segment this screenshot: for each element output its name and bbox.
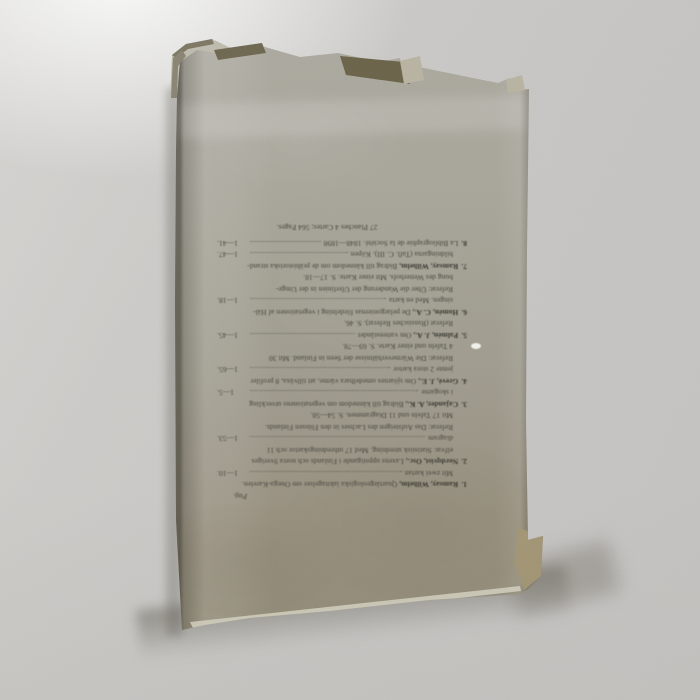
toc-page-column-header: Pag. bbox=[187, 491, 467, 503]
toc-page-number: 1—5. bbox=[217, 387, 247, 399]
toc-title-text: singen. Med en karta bbox=[389, 295, 453, 307]
toc-line: 4 Tafeln und einer Karte. S. 69—78. bbox=[187, 341, 467, 353]
toc-author: Palmén, J. A., bbox=[413, 330, 458, 342]
toc-lines: 1.Ramsay, Wilhelm,Quartärgeologiska iakt… bbox=[187, 238, 467, 491]
toc-title-text: i skogarne bbox=[421, 387, 453, 399]
toc-line: singen. Med en karta1—18. bbox=[187, 295, 467, 307]
toc-title-text: Bidrag till kännedom om vegetationens ut… bbox=[249, 399, 403, 411]
toc-leader-dots bbox=[250, 253, 348, 254]
toc-title-text: Om vattenståndet bbox=[358, 330, 412, 342]
toc-entry-number: 6. bbox=[461, 307, 467, 319]
toc-entry-number: 8. bbox=[461, 238, 467, 250]
toc-line: i skogarne1—5. bbox=[187, 387, 467, 399]
toc-line: Referat: Über die Wanderung der Uferlini… bbox=[187, 284, 467, 296]
toc-line: 5.Palmén, J. A.,Om vattenståndet1—45. bbox=[187, 330, 467, 342]
toc-page-number: 1—65. bbox=[217, 364, 247, 376]
toc-title-text: Referat (Russisches Referat). S. 46. bbox=[344, 318, 453, 330]
toc-title-text: De pelargoniernas fördelning i vegetatio… bbox=[253, 307, 411, 319]
toc-line: 4.Grevé, J. E.,Om sjöarnes omedelbara vä… bbox=[187, 376, 467, 388]
toc-line: elfvar. Statistisk utredning. Med 17 utb… bbox=[187, 445, 467, 457]
toc-entry-number: 3. bbox=[461, 399, 467, 411]
toc-leader-dots bbox=[250, 437, 425, 438]
toc-entry-number: 2. bbox=[461, 456, 467, 468]
toc-page-number: 1—53. bbox=[217, 433, 247, 445]
toc-title-text: Mit 17 Tafeln und 11 Diagrammen. S. 54—5… bbox=[311, 410, 453, 422]
toc-line: Referat: Das Aufsteigen des Lachses in d… bbox=[187, 422, 467, 434]
toc-line: 3.Cajander, A. K.,Bidrag till kännedom o… bbox=[187, 399, 467, 411]
toc-entry-number: 1. bbox=[461, 479, 467, 491]
toc-summary-line: 27 Planches 4 Cartes; 564 Pages. bbox=[187, 222, 467, 234]
toc-title-text: Quartärgeologiska iakttagelser om Onega-… bbox=[242, 479, 397, 491]
toc-title-text: Referat: Das Aufsteigen des Lachses in d… bbox=[265, 422, 453, 434]
toc-line: 6.Homén, C. A.,De pelargoniernas fördeln… bbox=[187, 307, 467, 319]
toc-line: Mit zwei kartan1—10. bbox=[187, 468, 467, 480]
toc-leader-dots bbox=[250, 471, 402, 472]
toc-line: bildningarna (Tafl. C. III). Köpen1—47. bbox=[187, 249, 467, 261]
toc-line: Mit 17 Tafeln und 11 Diagrammen. S. 54—5… bbox=[187, 410, 467, 422]
toc-author: Nordqvist, Osc., bbox=[406, 456, 459, 468]
toc-entry-number: 4. bbox=[461, 376, 467, 388]
toc-title-text: elfvar. Statistisk utredning. Med 17 utb… bbox=[267, 445, 453, 457]
white-speck bbox=[471, 343, 481, 349]
toc-title-text: La Bibliographie de la Société. 1848—189… bbox=[324, 238, 459, 250]
toc-title-text: Laxens uppstigande i Finlands och norra … bbox=[252, 456, 404, 468]
toc-title-text: bung des Wetterhofs. Mit einer Karte. S.… bbox=[303, 272, 453, 284]
toc-line: 7.Ramsay, Wilhelm,Bidrag till kännedom o… bbox=[187, 261, 467, 273]
toc-leader-dots bbox=[250, 368, 390, 369]
toc-leader-dots bbox=[250, 391, 418, 392]
toc-title-text: Bidrag till kännedom om de prähistoriska… bbox=[247, 261, 397, 273]
toc-page-number: 1—45. bbox=[217, 330, 247, 342]
toc-page-number: 1—47. bbox=[217, 249, 247, 261]
toc-author: Homén, C. A., bbox=[413, 307, 459, 319]
toc-title-text: Mit zwei kartan bbox=[405, 468, 453, 480]
toc-leader-dots bbox=[250, 241, 321, 242]
toc-line: 2.Nordqvist, Osc.,Laxens uppstigande i F… bbox=[187, 456, 467, 468]
toc-title-text: diagram bbox=[428, 433, 453, 445]
toc-line: jemte 2 stora kartor1—65. bbox=[187, 364, 467, 376]
toc-leader-dots bbox=[250, 299, 386, 300]
toc-title-text: Referat: Die Wärmeverhältnisse der Seen … bbox=[269, 353, 453, 365]
toc-title-text: bildningarna (Tafl. C. III). Köpen bbox=[351, 249, 453, 261]
contents-page-upside-down: Pag. 1.Ramsay, Wilhelm,Quartärgeologiska… bbox=[187, 236, 467, 502]
toc-author: Grevé, J. E., bbox=[418, 376, 458, 388]
toc-author: Ramsay, Wilhelm, bbox=[399, 261, 458, 273]
toc-leader-dots bbox=[250, 333, 355, 334]
toc-page-number: 1—41. bbox=[217, 238, 247, 250]
toc-title-text: Om sjöarnes omedelbara värme, att tillvä… bbox=[250, 376, 416, 388]
toc-entry-number: 7. bbox=[461, 261, 467, 273]
toc-entry-number: 5. bbox=[461, 330, 467, 342]
toc-author: Cajander, A. K., bbox=[406, 399, 459, 411]
toc-page-number: 1—18. bbox=[217, 295, 247, 307]
book-photo: Pag. 1.Ramsay, Wilhelm,Quartärgeologiska… bbox=[0, 0, 700, 700]
toc-line: bung des Wetterhofs. Mit einer Karte. S.… bbox=[187, 272, 467, 284]
toc-line: Referat (Russisches Referat). S. 46. bbox=[187, 318, 467, 330]
toc-line: 1.Ramsay, Wilhelm,Quartärgeologiska iakt… bbox=[187, 479, 467, 491]
toc-line: diagram1—53. bbox=[187, 433, 467, 445]
toc-line: 8.La Bibliographie de la Société. 1848—1… bbox=[187, 238, 467, 250]
toc-line: Referat: Die Wärmeverhältnisse der Seen … bbox=[187, 353, 467, 365]
toc-author: Ramsay, Wilhelm, bbox=[399, 479, 458, 491]
toc-title-text: Referat: Über die Wanderung der Uferlini… bbox=[276, 284, 453, 296]
toc-page-number: 1—10. bbox=[217, 468, 247, 480]
toc-title-text: jemte 2 stora kartor bbox=[393, 364, 453, 376]
toc-title-text: 4 Tafeln und einer Karte. S. 69—78. bbox=[342, 341, 453, 353]
